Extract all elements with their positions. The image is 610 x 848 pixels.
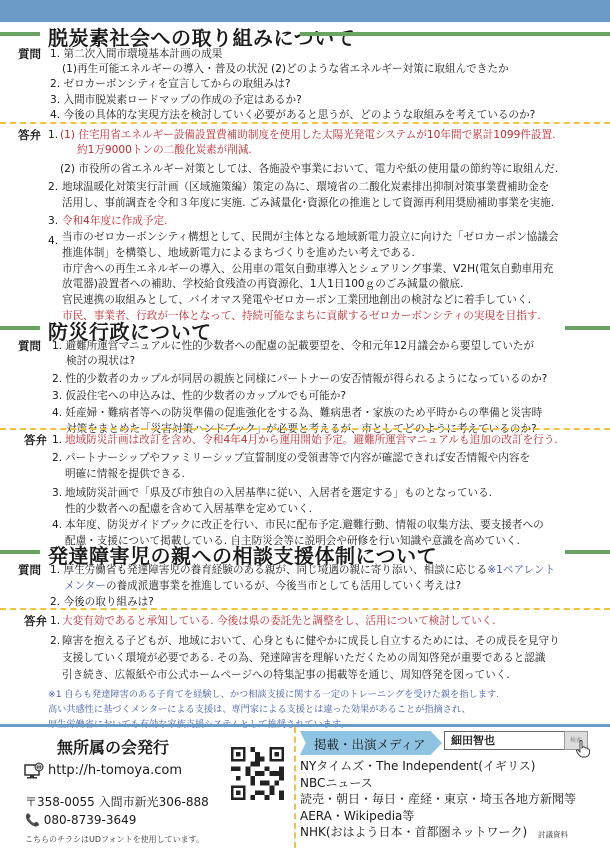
answer-label: 答弁 [24,433,47,449]
phone-number[interactable]: 📞 080-8739-3649 [25,813,136,827]
answer-line: 明確に情報を提供できる. [65,467,185,483]
header-band [0,0,610,22]
answer-line: 地球温暖化対策実行計画（区域施策編）策定の為に、環境省の二酸化炭素排出抑制対策事… [62,180,549,196]
debate-material-note: 討議資料 [538,829,568,840]
heading-bar-right [565,326,610,330]
question-line: 2. ゼロカーボンシティを宣言してからの取組みは? [50,77,290,93]
media-item: NHK(おはよう日本・首都圏ネットワーク) [300,824,576,841]
question-line: 3. 仮設住宅への申込みは、性的少数者のカップルでも可能か? [52,389,346,405]
question-line: 4. 妊産婦・難病者等への防災準備の促進強化をする為、難病患者・家族のため平時か… [52,406,542,422]
answer-line: 地域防災計画は改訂を含め、令和4年4月から運用開始予定。避難所運営マニュアルも追… [65,433,558,449]
phone-text: 080-8739-3649 [44,813,137,827]
answer-line: 市庁舎への再生エネルギーの導入、公用車の電気自動車導入とシェアリング事業、V2H… [62,262,553,278]
publisher-info: 無所属の会発行 http://h-tomoya.com 〒358-0055 入間… [0,727,292,848]
question-line: 1. 避難所運営マニュアルに性的少数者への配慮の記載要望を、令和元年12月議会か… [52,339,534,355]
website-link[interactable]: http://h-tomoya.com [48,763,182,778]
answer-line: 障害を抱える子どもが、地域において、心身ともに健やかに成長し自立するためには、そ… [62,634,560,650]
answer-num: 3. [52,486,62,502]
heading-bar-left [0,326,40,330]
media-label-tag: 掲載・出演メディア [300,731,442,755]
answer-line: 放電器)設置者への補助、学校給食残渣の再資源化、1人1日100ｇのごみ減量の徹底… [62,277,463,293]
footnote-line: ※1 自らも発達障害のある子育てを経験し、かつ相談支援に関する一定のトレーニング… [48,687,499,703]
answer-line: 令和4年度に作成予定. [62,214,167,230]
qa-divider [0,428,610,430]
answer-line: 推進体制」を構築し、地域新電力によるまちづくりを進めたい考えである. [62,246,415,262]
answer-line: 官民連携の取組みとして、バイオマス発電やゼロカーボン工業団地創出の検討などに着手… [62,293,531,309]
answer-label: 答弁 [24,614,47,630]
answer-num: 3. [48,214,58,230]
question-line: 3. 入間市脱炭素ロードマップの作成の予定はあるか? [50,93,302,109]
answer-num: 2. [52,451,62,467]
answer-label: 答弁 [18,128,41,144]
qa-divider [0,608,610,610]
qr-code-icon[interactable] [230,747,285,800]
answer-num: 4. [52,518,62,534]
question-label: 質問 [18,47,41,63]
question-line: メンターの養成派遣事業を推進しているが、今後当市としても活用していく考えは? [64,579,461,595]
question-line: 1. 厚生労働省も発達障害児の養育経験のある親が、同じ境遇の親に寄り添い、相談に… [50,563,555,579]
postal-address: 〒358-0055 入間市新光306-888 [25,793,209,810]
computer-globe-icon [24,762,44,784]
question-line: 2. 性的少数者のカップルが同居の親族と同様にパートナーの安否情報が得られるよう… [52,372,547,388]
phone-icon: 📞 [25,813,40,827]
answer-num: 1. [52,433,62,449]
media-list: NYタイムズ・The Independent(イギリス) NBCニュース 読売・… [300,758,576,841]
answer-line: 地域防災計画で「県及び市独自の入居基準に従い、入居者を選定する」ものとなっている… [65,486,492,502]
question-label: 質問 [18,339,41,355]
media-item: NBCニュース [300,775,576,792]
question-line: 検討の現状は? [66,354,135,370]
hand-cursor-icon [575,740,591,758]
search-input[interactable]: 細田智也 [444,731,574,750]
ud-font-note: こちらのチラシはUDフォントを使用しています。 [25,834,204,845]
answer-num: 1. [50,614,60,630]
heading-bar-left [0,32,40,36]
heading-bar-right [300,32,610,36]
question-line: 1. 第二次入間市環境基本計画の成果 [50,47,222,63]
heading-bar-left [0,550,40,554]
question-label: 質問 [18,563,41,579]
heading-bar-right [565,550,610,554]
answer-line: 当市のゼロカーボンシティ構想として、民間が主体となる地域新電力設立に向けた「ゼロ… [62,230,559,246]
answer-line: 引き続き、広報紙や市公式ホームページへの特集記事の掲載等を通じ、周知啓発を図って… [62,668,510,684]
answer-num: 2. [48,180,58,196]
media-label: 掲載・出演メディア [314,735,426,753]
answer-num: 1. [48,128,58,144]
media-item: 読売・朝日・毎日・産経・東京・埼玉各地方新聞等 [300,791,576,808]
answer-line: 大変有効であると承知している. 今後は県の委託先と調整をし、活用について検討して… [62,614,496,630]
footnote-line: 高い共感性に基づくメンターによる支援は、専門家による支援とは違った効果があること… [48,702,471,718]
answer-line: 性的少数者への配慮を含めて入居基準を定めていく. [65,502,312,518]
footer-divider [294,727,296,848]
answer-line: (2) 市役所の省エネルギー対策としては、各施設や事業において、電力や紙の使用量… [60,162,558,178]
answer-line: 約1万9000トンの二酸化炭素が削減. [77,143,252,159]
answer-line: 本年度、防災ガイドブックに改正を行い、市民に配布予定.避難行動、情報の収集方法、… [65,518,544,534]
answer-line: 活用し、事前調査を令和３年度に実施. ごみ減量化･資源化の推進として資源再利用奨… [62,196,554,212]
answer-line: パートナーシップやファミリーシップ宣誓制度の受領書等で内容が確認できれば安否情報… [65,451,530,467]
answer-num: 4. [48,234,58,250]
publisher-name: 無所属の会発行 [57,735,169,758]
qa-divider [0,122,610,124]
answer-line: (1) 住宅用省エネルギー設備設置費補助制度を使用した太陽光発電システムが10年… [60,128,555,144]
parent-mentor-link: ※1ペアレント [487,564,555,576]
question-line: (1)再生可能エネルギーの導入・普及の状況 (2)どのような省エネルギー対策に取… [62,62,509,78]
media-item: AERA・Wikipedia等 [300,808,576,825]
url-text: http://h-tomoya.com [48,763,182,778]
answer-line: 支援していく環境が必要である. その為、発達障害を理解いただくための周知啓発が重… [62,651,545,667]
answer-num: 2. [50,634,60,650]
media-item: NYタイムズ・The Independent(イギリス) [300,758,576,775]
